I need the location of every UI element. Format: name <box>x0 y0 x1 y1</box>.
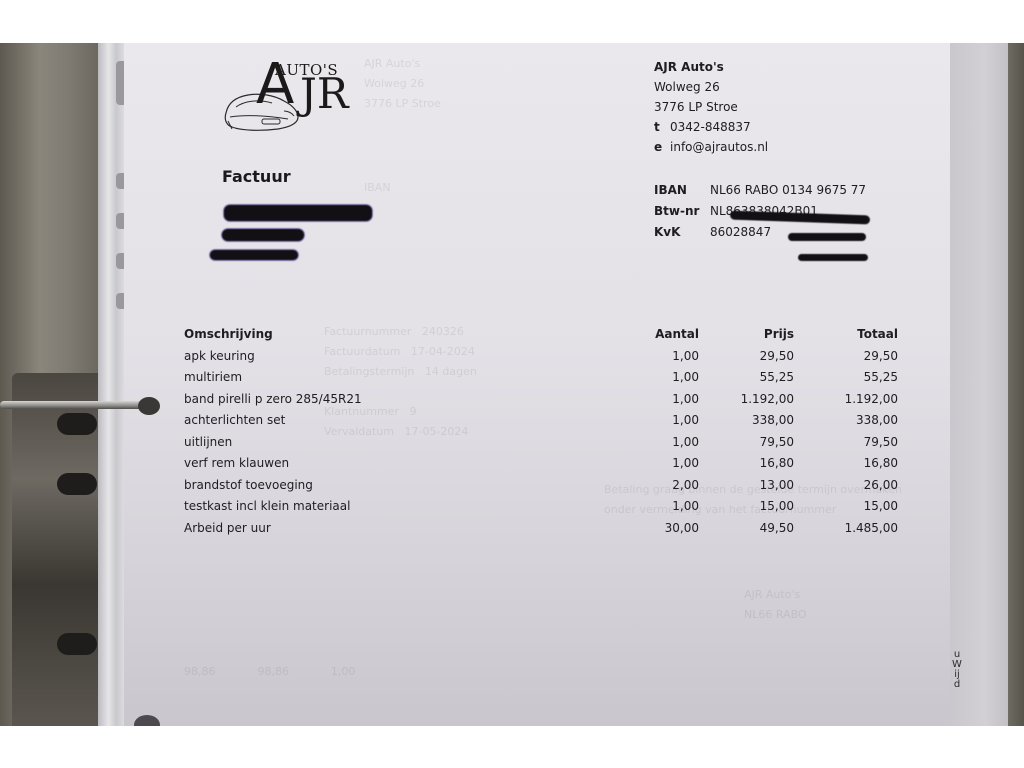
table-header: Omschrijving Aantal Prijs Totaal <box>184 323 898 345</box>
cell-quantity: 1,00 <box>639 435 699 449</box>
redacted-customer-line <box>210 250 298 260</box>
cell-description: verf rem klauwen <box>184 456 639 470</box>
punch-hole <box>116 173 124 189</box>
show-through-text: Wolweg 26 <box>364 77 424 90</box>
cell-quantity: 2,00 <box>639 478 699 492</box>
table-row: brandstof toevoeging2,0013,0026,00 <box>184 474 898 496</box>
header-total: Totaal <box>794 327 898 341</box>
table-row: band pirelli p zero 285/45R211,001.192,0… <box>184 388 898 410</box>
phone-label: t <box>654 117 670 137</box>
cell-description: achterlichten set <box>184 413 639 427</box>
company-logo: A AUTO'S JR <box>222 55 352 135</box>
company-street: Wolweg 26 <box>654 77 768 97</box>
show-through-text: 3776 LP Stroe <box>364 97 441 110</box>
table-body: apk keuring1,0029,5029,50multiriem1,0055… <box>184 345 898 539</box>
logo-jr-text: JR <box>300 73 348 115</box>
show-through-text: 98,86 98,86 1,00 <box>184 665 355 678</box>
table-row: Arbeid per uur30,0049,501.485,00 <box>184 517 898 539</box>
cell-total: 338,00 <box>794 413 898 427</box>
cell-quantity: 1,00 <box>639 392 699 406</box>
coc-value: 86028847 <box>710 222 771 243</box>
table-row: uitlijnen1,0079,5079,50 <box>184 431 898 453</box>
cell-total: 29,50 <box>794 349 898 363</box>
table-row: multiriem1,0055,2555,25 <box>184 367 898 389</box>
cell-total: 1.485,00 <box>794 521 898 535</box>
cell-price: 15,00 <box>699 499 794 513</box>
email-label: e <box>654 137 670 157</box>
invoice-photo: u W ij d AJR Auto's Wolweg 26 3776 LP St… <box>0 43 1024 726</box>
company-phone-row: t 0342-848837 <box>654 117 768 137</box>
company-email-row: e info@ajrautos.nl <box>654 137 768 157</box>
sheet-protector-edge <box>98 43 124 726</box>
punch-hole <box>116 61 124 105</box>
redacted-company-line <box>788 233 866 241</box>
cell-description: testkast incl klein materiaal <box>184 499 639 513</box>
cell-total: 16,80 <box>794 456 898 470</box>
cell-total: 26,00 <box>794 478 898 492</box>
underlying-sheet <box>948 43 1010 726</box>
show-through-text: AJR Auto's <box>364 57 420 70</box>
cell-quantity: 1,00 <box>639 370 699 384</box>
cell-price: 13,00 <box>699 478 794 492</box>
cell-description: uitlijnen <box>184 435 639 449</box>
header-quantity: Aantal <box>639 327 699 341</box>
cell-description: multiriem <box>184 370 639 384</box>
cell-price: 29,50 <box>699 349 794 363</box>
cell-total: 55,25 <box>794 370 898 384</box>
cell-description: band pirelli p zero 285/45R21 <box>184 392 639 406</box>
punch-hole-ring <box>138 397 160 415</box>
iban-value: NL66 RABO 0134 9675 77 <box>710 180 866 201</box>
coc-label: KvK <box>654 222 710 243</box>
cell-total: 79,50 <box>794 435 898 449</box>
invoice-paper: AJR Auto's Wolweg 26 3776 LP Stroe IBAN … <box>124 43 950 726</box>
cell-quantity: 1,00 <box>639 499 699 513</box>
vat-label: Btw-nr <box>654 201 710 222</box>
cell-total: 15,00 <box>794 499 898 513</box>
punch-hole <box>116 213 124 229</box>
punch-hole <box>116 293 124 309</box>
cell-quantity: 1,00 <box>639 349 699 363</box>
document-title: Factuur <box>222 167 291 186</box>
table-row: testkast incl klein materiaal1,0015,0015… <box>184 496 898 518</box>
redacted-customer-line <box>222 229 304 241</box>
underlying-sheet-text: u W ij d <box>952 650 962 690</box>
cell-quantity: 1,00 <box>639 413 699 427</box>
company-email: info@ajrautos.nl <box>670 137 768 157</box>
redacted-company-line <box>798 254 868 261</box>
header-description: Omschrijving <box>184 327 639 341</box>
table-row: achterlichten set1,00338,00338,00 <box>184 410 898 432</box>
cell-price: 338,00 <box>699 413 794 427</box>
invoice-lines-table: Omschrijving Aantal Prijs Totaal apk keu… <box>184 323 898 539</box>
binder-mechanism <box>12 373 102 726</box>
cell-price: 49,50 <box>699 521 794 535</box>
binder-ring <box>0 401 150 409</box>
cell-price: 79,50 <box>699 435 794 449</box>
show-through-text: AJR Auto's <box>744 588 800 601</box>
binder-cover-right <box>1008 43 1024 726</box>
cell-description: Arbeid per uur <box>184 521 639 535</box>
company-phone: 0342-848837 <box>670 117 751 137</box>
show-through-text: NL66 RABO <box>744 608 807 621</box>
show-through-text: IBAN <box>364 181 391 194</box>
table-row: verf rem klauwen1,0016,8016,80 <box>184 453 898 475</box>
header-price: Prijs <box>699 327 794 341</box>
cell-description: brandstof toevoeging <box>184 478 639 492</box>
cell-quantity: 1,00 <box>639 456 699 470</box>
redacted-customer-line <box>224 205 372 221</box>
iban-label: IBAN <box>654 180 710 201</box>
cell-description: apk keuring <box>184 349 639 363</box>
table-row: apk keuring1,0029,5029,50 <box>184 345 898 367</box>
cell-price: 1.192,00 <box>699 392 794 406</box>
company-name: AJR Auto's <box>654 57 768 77</box>
cell-price: 16,80 <box>699 456 794 470</box>
iban-row: IBAN NL66 RABO 0134 9675 77 <box>654 180 866 201</box>
cell-price: 55,25 <box>699 370 794 384</box>
company-address: AJR Auto's Wolweg 26 3776 LP Stroe t 034… <box>654 57 768 157</box>
cell-total: 1.192,00 <box>794 392 898 406</box>
company-postal-city: 3776 LP Stroe <box>654 97 768 117</box>
cell-quantity: 30,00 <box>639 521 699 535</box>
punch-hole <box>116 253 124 269</box>
